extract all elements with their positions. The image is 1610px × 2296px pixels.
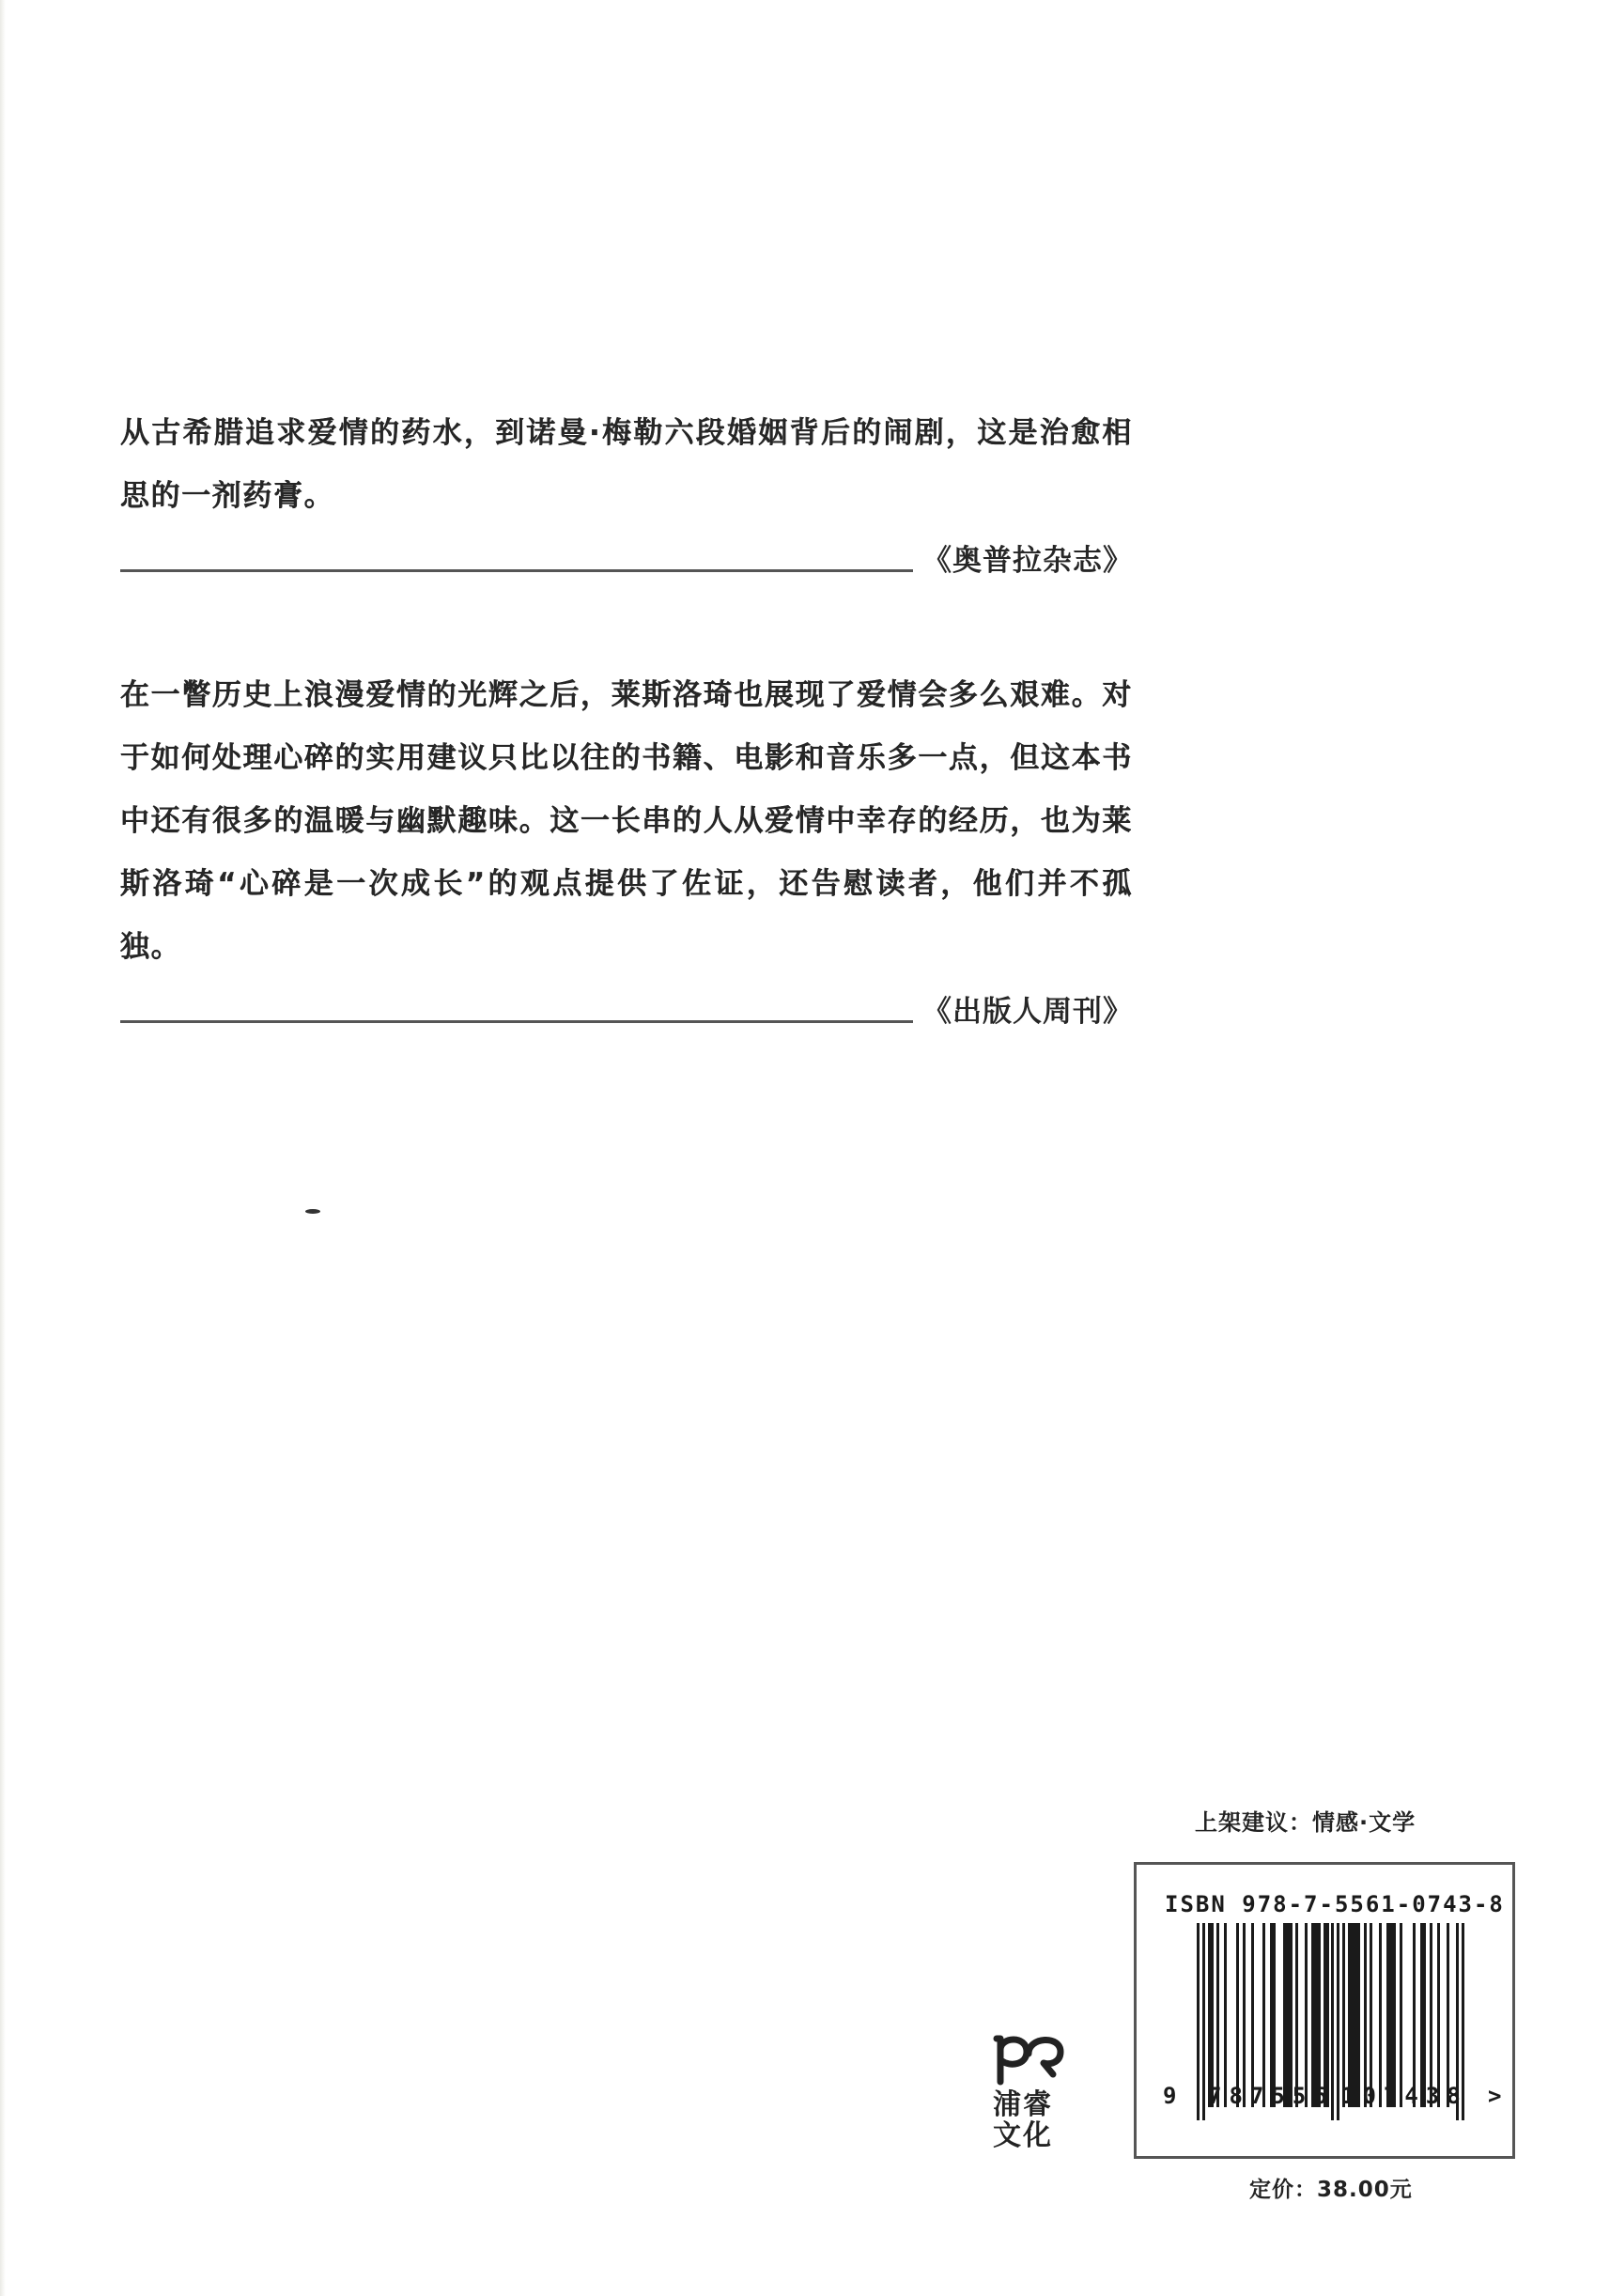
price-label: 定价：38.00元 (1249, 2172, 1413, 2203)
ean-first-digit: 9 (1163, 2083, 1176, 2109)
review-block-publishers-weekly: 在一瞥历史上浪漫爱情的光辉之后，莱斯洛琦也展现了爱情会多么艰难。对于如何处理心碎… (120, 664, 1133, 1030)
review-source: 《奥普拉杂志》 (922, 536, 1133, 579)
isbn-label: ISBN 978-7-5561-0743-8 (1165, 1891, 1505, 1917)
ean-right-group: 107438 (1341, 2083, 1468, 2109)
page-edge-shadow (0, 0, 6, 2296)
isbn-barcode-box: ISBN 978-7-5561-0743-8 (1134, 1862, 1515, 2159)
print-speck (305, 1209, 320, 1214)
ean-quiet-zone-marker: > (1488, 2083, 1501, 2109)
publisher-name-line1: 浦睿 (993, 2089, 1076, 2120)
review-source: 《出版人周刊》 (922, 987, 1133, 1030)
publisher-name-line2: 文化 (993, 2120, 1076, 2151)
divider-rule (120, 1020, 913, 1023)
shelf-suggestion: 上架建议：情感·文学 (1195, 1804, 1416, 1837)
ean-left-group: 787556 (1208, 2083, 1335, 2109)
review-block-oprah: 从古希腊追求爱情的药水，到诺曼·梅勒六段婚姻背后的闹剧，这是治愈相思的一剂药膏。… (120, 402, 1133, 579)
review-text: 从古希腊追求爱情的药水，到诺曼·梅勒六段婚姻背后的闹剧，这是治愈相思的一剂药膏。 (120, 402, 1133, 528)
pr-logo-icon (991, 2029, 1066, 2086)
divider-rule (120, 569, 913, 572)
review-source-row: 《出版人周刊》 (120, 979, 1133, 1030)
review-source-row: 《奥普拉杂志》 (120, 528, 1133, 579)
publisher-logo: 浦睿 文化 (991, 2029, 1076, 2161)
review-text: 在一瞥历史上浪漫爱情的光辉之后，莱斯洛琦也展现了爱情会多么艰难。对于如何处理心碎… (120, 664, 1133, 979)
